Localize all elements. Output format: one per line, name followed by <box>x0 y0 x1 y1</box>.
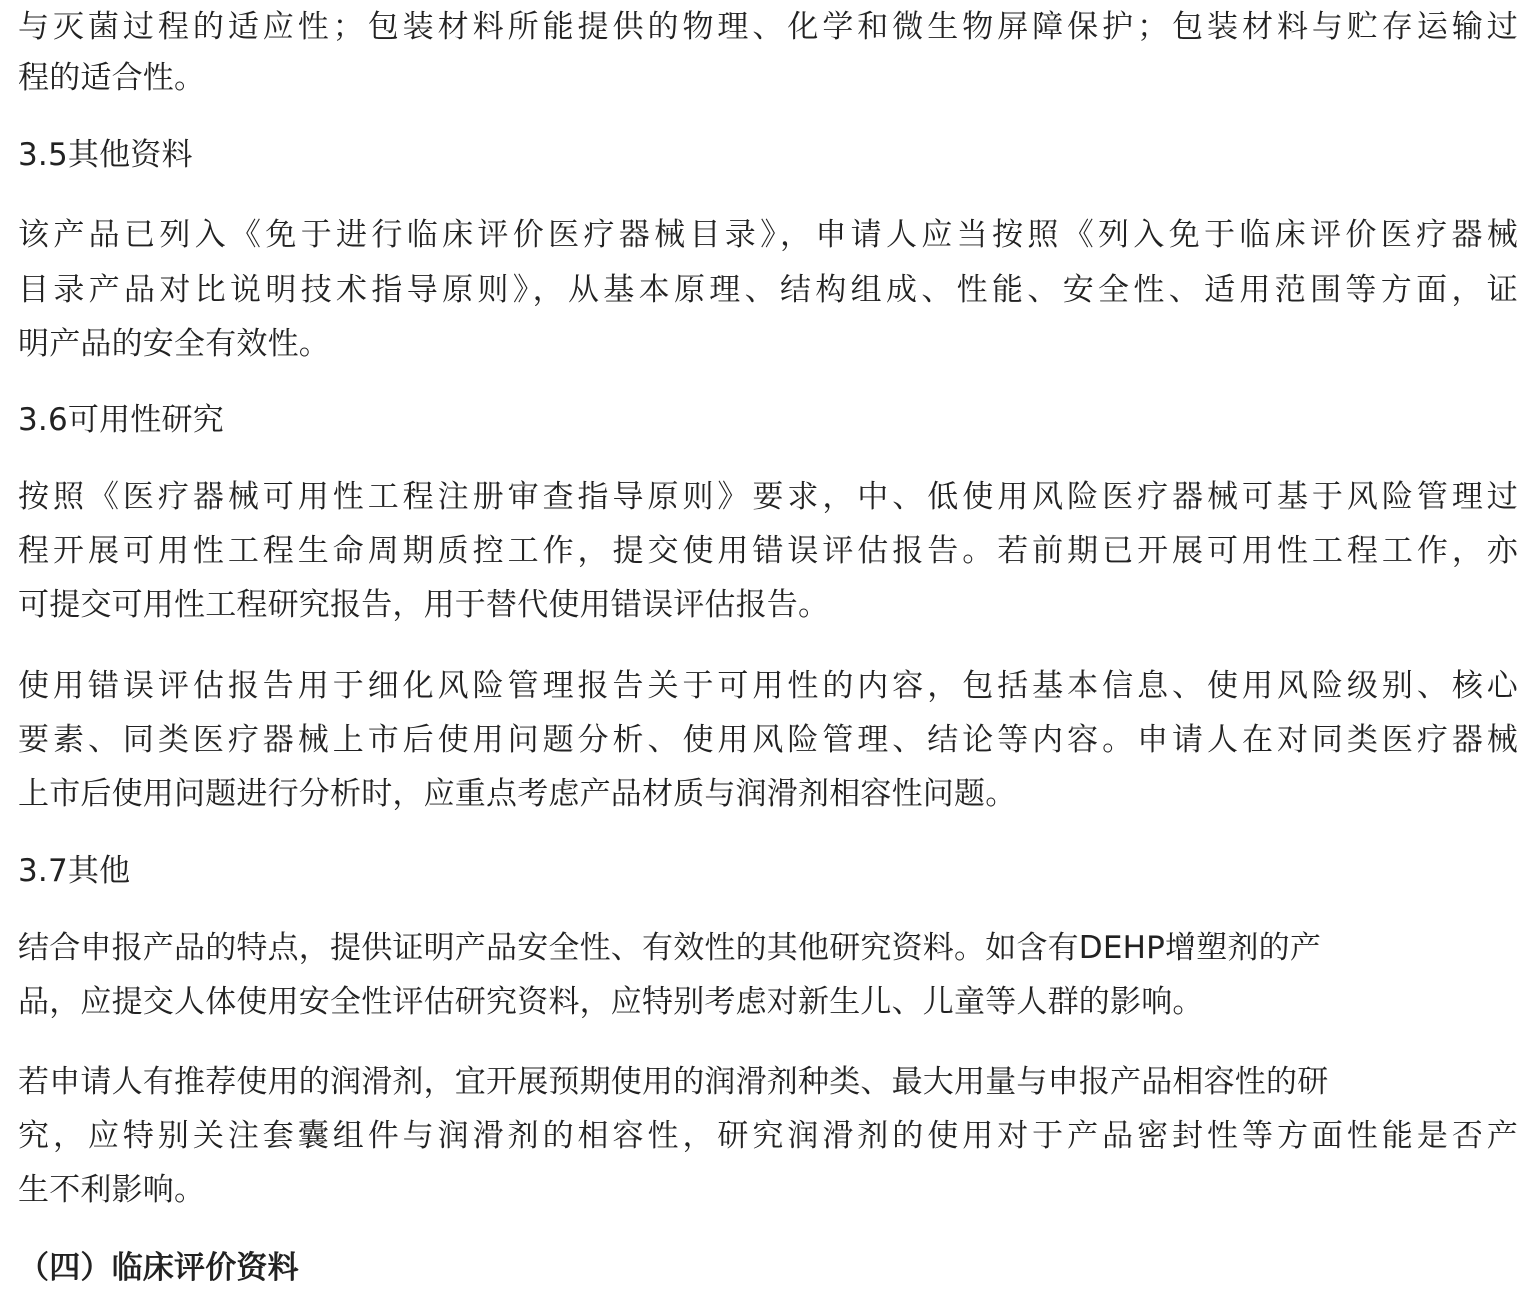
section-heading-3-7: 3.7其他 <box>18 844 130 898</box>
paragraph-line: 生不利影响。 <box>18 1163 205 1217</box>
paragraph-line: 明产品的安全有效性。 <box>18 317 330 371</box>
section-heading-clinical-evaluation: （四）临床评价资料 <box>18 1241 299 1295</box>
paragraph-line: 要素、同类医疗器械上市后使用问题分析、使用风险管理、结论等内容。申请人在对同类医… <box>18 713 1518 767</box>
paragraph-line: 与灭菌过程的适应性；包装材料所能提供的物理、化学和微生物屏障保护；包装材料与贮存… <box>18 0 1518 54</box>
paragraph-line: 若申请人有推荐使用的润滑剂，宜开展预期使用的润滑剂种类、最大用量与申报产品相容性… <box>18 1055 1328 1109</box>
paragraph-line: 究，应特别关注套囊组件与润滑剂的相容性，研究润滑剂的使用对于产品密封性等方面性能… <box>18 1109 1518 1163</box>
paragraph-line: 上市后使用问题进行分析时，应重点考虑产品材质与润滑剂相容性问题。 <box>18 767 1016 821</box>
paragraph-line: 按照《医疗器械可用性工程注册审查指导原则》要求，中、低使用风险医疗器械可基于风险… <box>18 470 1518 524</box>
paragraph-line: 程的适合性。 <box>18 51 205 105</box>
section-heading-3-5: 3.5其他资料 <box>18 128 193 182</box>
paragraph-line: 可提交可用性工程研究报告，用于替代使用错误评估报告。 <box>18 578 829 632</box>
section-heading-3-6: 3.6可用性研究 <box>18 393 224 447</box>
paragraph-line: 使用错误评估报告用于细化风险管理报告关于可用性的内容，包括基本信息、使用风险级别… <box>18 659 1518 713</box>
paragraph-line: 该产品已列入《免于进行临床评价医疗器械目录》，申请人应当按照《列入免于临床评价医… <box>18 208 1518 262</box>
paragraph-line: 目录产品对比说明技术指导原则》，从基本原理、结构组成、性能、安全性、适用范围等方… <box>18 263 1518 317</box>
paragraph-line: 品，应提交人体使用安全性评估研究资料，应特别考虑对新生儿、儿童等人群的影响。 <box>18 975 1204 1029</box>
paragraph-line: 结合申报产品的特点，提供证明产品安全性、有效性的其他研究资料。如含有DEHP增塑… <box>18 921 1321 975</box>
paragraph-line: 程开展可用性工程生命周期质控工作，提交使用错误评估报告。若前期已开展可用性工程工… <box>18 524 1518 578</box>
